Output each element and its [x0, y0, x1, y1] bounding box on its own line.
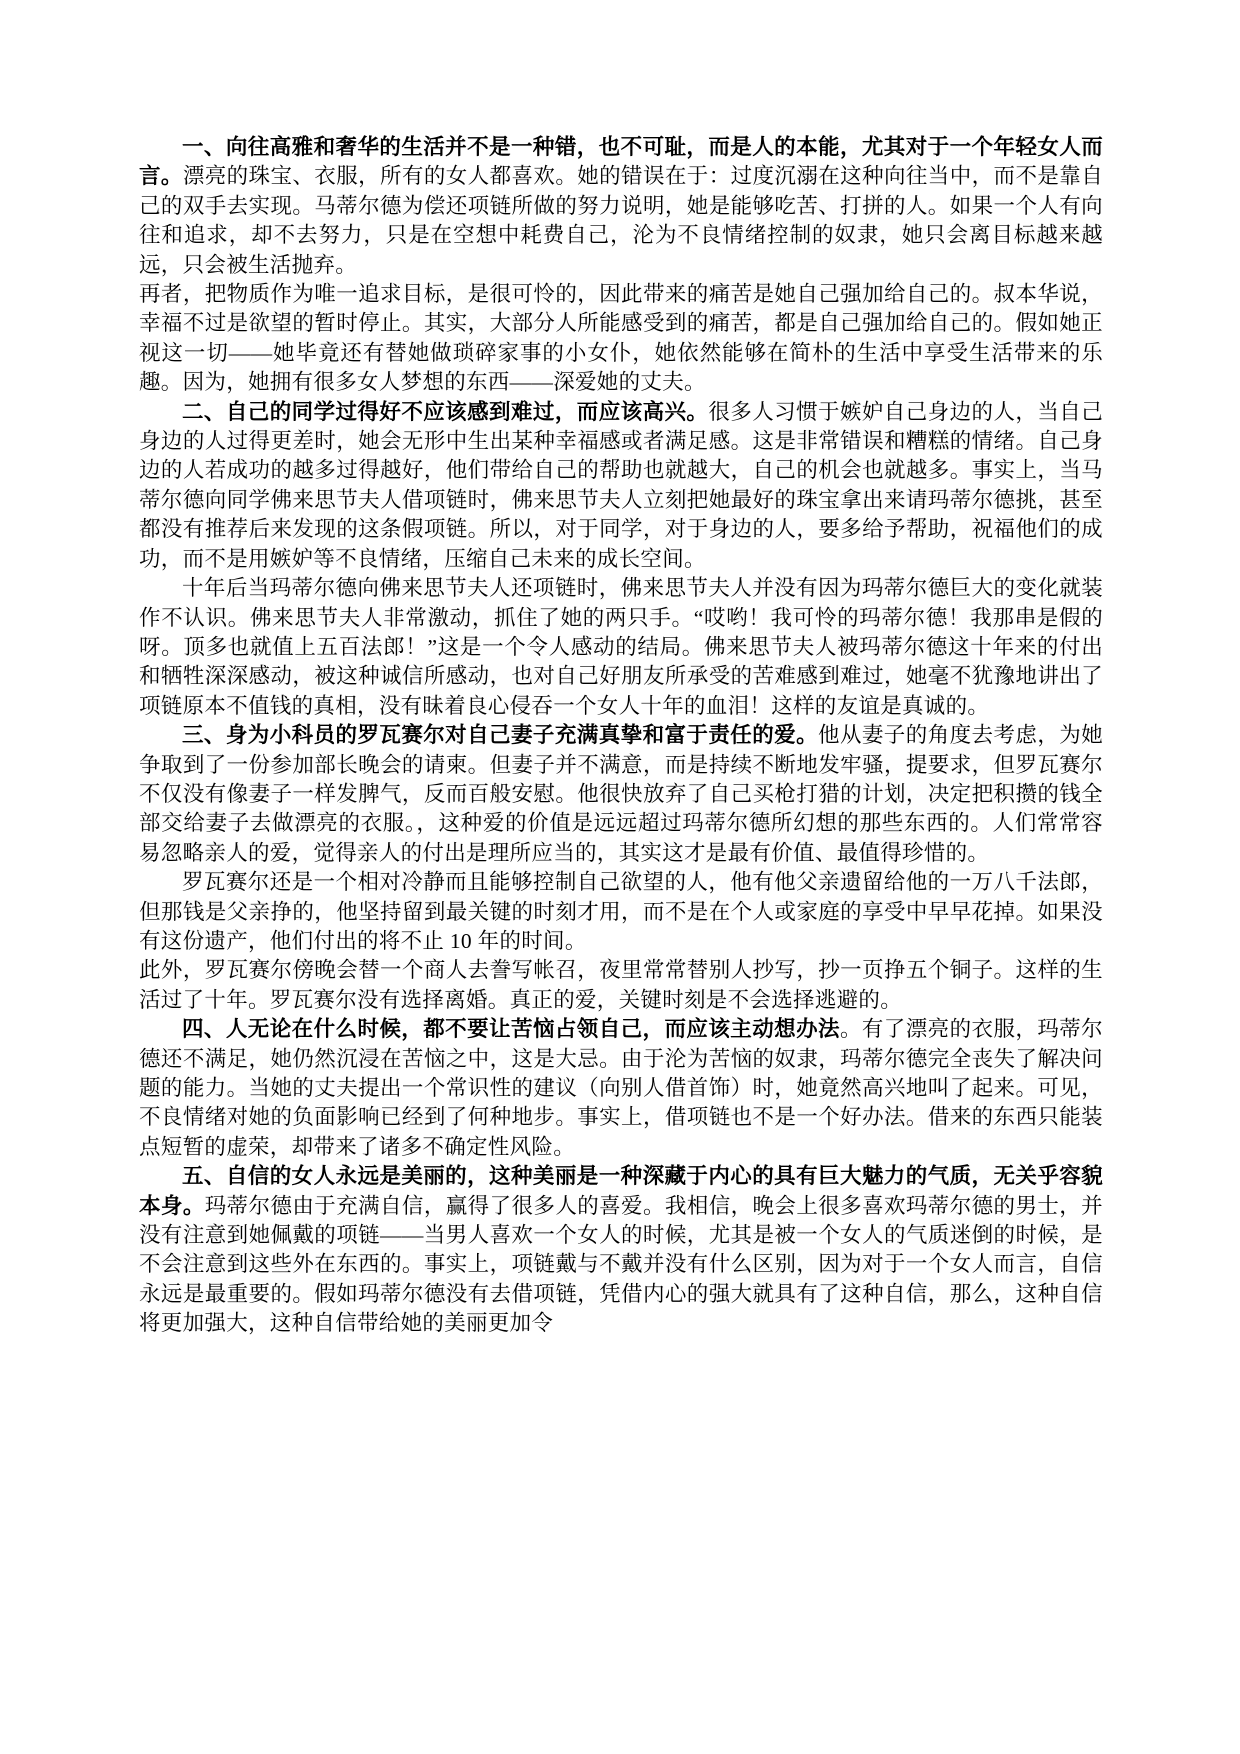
paragraph-text: 玛蒂尔德由于充满自信，赢得了很多人的喜爱。我相信，晚会上很多喜欢玛蒂尔德的男士，… [139, 1194, 1103, 1336]
paragraph-7: 此外，罗瓦赛尔傍晚会替一个商人去誊写帐召，夜里常常替别人抄写，抄一页挣五个铜子。… [139, 956, 1103, 1015]
paragraph-6: 罗瓦赛尔还是一个相对冷静而且能够控制自己欲望的人，他有他父亲遗留给他的一万八千法… [139, 868, 1103, 956]
document-body: 一、向往高雅和奢华的生活并不是一种错，也不可耻，而是人的本能，尤其对于一个年轻女… [139, 133, 1103, 1339]
paragraph-text: 很多人习惯于嫉妒自己身边的人，当自己身边的人过得更差时，她会无形中生出某种幸福感… [139, 400, 1103, 571]
paragraph-lead-bold: 二、自己的同学过得好不应该感到难过，而应该高兴。 [182, 400, 708, 424]
paragraph-5: 三、身为小科员的罗瓦赛尔对自己妻子充满真挚和富于责任的爱。他从妻子的角度去考虑，… [139, 721, 1103, 868]
paragraph-lead-bold: 三、身为小科员的罗瓦赛尔对自己妻子充满真挚和富于责任的爱。 [182, 723, 818, 747]
paragraph-text: 十年后当玛蒂尔德向佛来思节夫人还项链时，佛来思节夫人并没有因为玛蒂尔德巨大的变化… [139, 576, 1103, 718]
paragraph-text: 罗瓦赛尔还是一个相对冷静而且能够控制自己欲望的人，他有他父亲遗留给他的一万八千法… [139, 870, 1103, 953]
paragraph-4: 十年后当玛蒂尔德向佛来思节夫人还项链时，佛来思节夫人并没有因为玛蒂尔德巨大的变化… [139, 574, 1103, 721]
paragraph-text: 再者，把物质作为唯一追求目标，是很可怜的，因此带来的痛苦是她自己强加给自己的。叔… [139, 282, 1103, 394]
paragraph-1: 一、向往高雅和奢华的生活并不是一种错，也不可耻，而是人的本能，尤其对于一个年轻女… [139, 133, 1103, 280]
paragraph-8: 四、人无论在什么时候，都不要让苦恼占领自己，而应该主动想办法。有了漂亮的衣服，玛… [139, 1015, 1103, 1162]
paragraph-text: 漂亮的珠宝、衣服，所有的女人都喜欢。她的错误在于：过度沉溺在这种向往当中，而不是… [139, 164, 1103, 276]
document-page: 一、向往高雅和奢华的生活并不是一种错，也不可耻，而是人的本能，尤其对于一个年轻女… [0, 0, 1240, 1754]
paragraph-lead-bold: 四、人无论在什么时候，都不要让苦恼占领自己，而应该主动想办法 [182, 1017, 840, 1041]
paragraph-2: 再者，把物质作为唯一追求目标，是很可怜的，因此带来的痛苦是她自己强加给自己的。叔… [139, 280, 1103, 398]
paragraph-3: 二、自己的同学过得好不应该感到难过，而应该高兴。很多人习惯于嫉妒自己身边的人，当… [139, 398, 1103, 574]
paragraph-text: 此外，罗瓦赛尔傍晚会替一个商人去誊写帐召，夜里常常替别人抄写，抄一页挣五个铜子。… [139, 958, 1103, 1011]
paragraph-9: 五、自信的女人永远是美丽的，这种美丽是一种深藏于内心的具有巨大魅力的气质，无关乎… [139, 1162, 1103, 1338]
